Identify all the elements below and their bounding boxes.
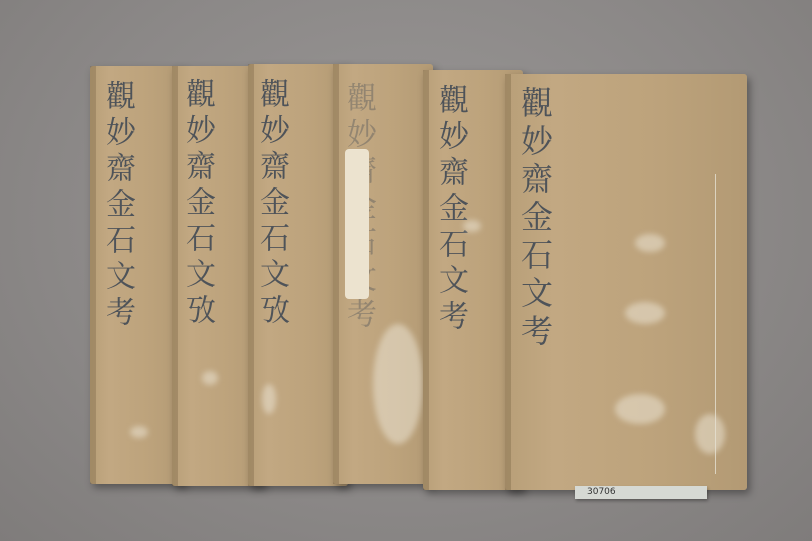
binding-thread	[715, 174, 716, 474]
book-title: 觀妙齋金石文攷	[256, 78, 286, 330]
stain	[695, 414, 725, 454]
book-volume-4: 觀妙齋金石文考	[333, 64, 433, 484]
stain	[625, 302, 665, 324]
stain	[615, 394, 665, 424]
stain	[130, 426, 148, 438]
book-spine	[505, 74, 511, 490]
book-title: 觀妙齋金石文考	[102, 80, 132, 332]
catalog-label: 30706	[575, 486, 707, 499]
stain	[262, 384, 276, 414]
stain	[373, 324, 423, 444]
stain	[635, 234, 665, 252]
book-spine	[423, 70, 429, 490]
stain	[202, 371, 218, 385]
stain	[463, 220, 481, 232]
book-spine	[172, 66, 178, 486]
book-volume-1: 觀妙齋金石文考	[90, 66, 185, 484]
torn-cover	[345, 149, 369, 299]
book-spine	[90, 66, 96, 484]
book-volume-6: 觀妙齋金石文考	[505, 74, 747, 490]
book-title: 觀妙齋金石文考	[435, 84, 465, 336]
book-title: 觀妙齋金石文考	[519, 86, 551, 352]
book-title: 觀妙齋金石文攷	[182, 78, 212, 330]
book-spine	[333, 64, 339, 484]
